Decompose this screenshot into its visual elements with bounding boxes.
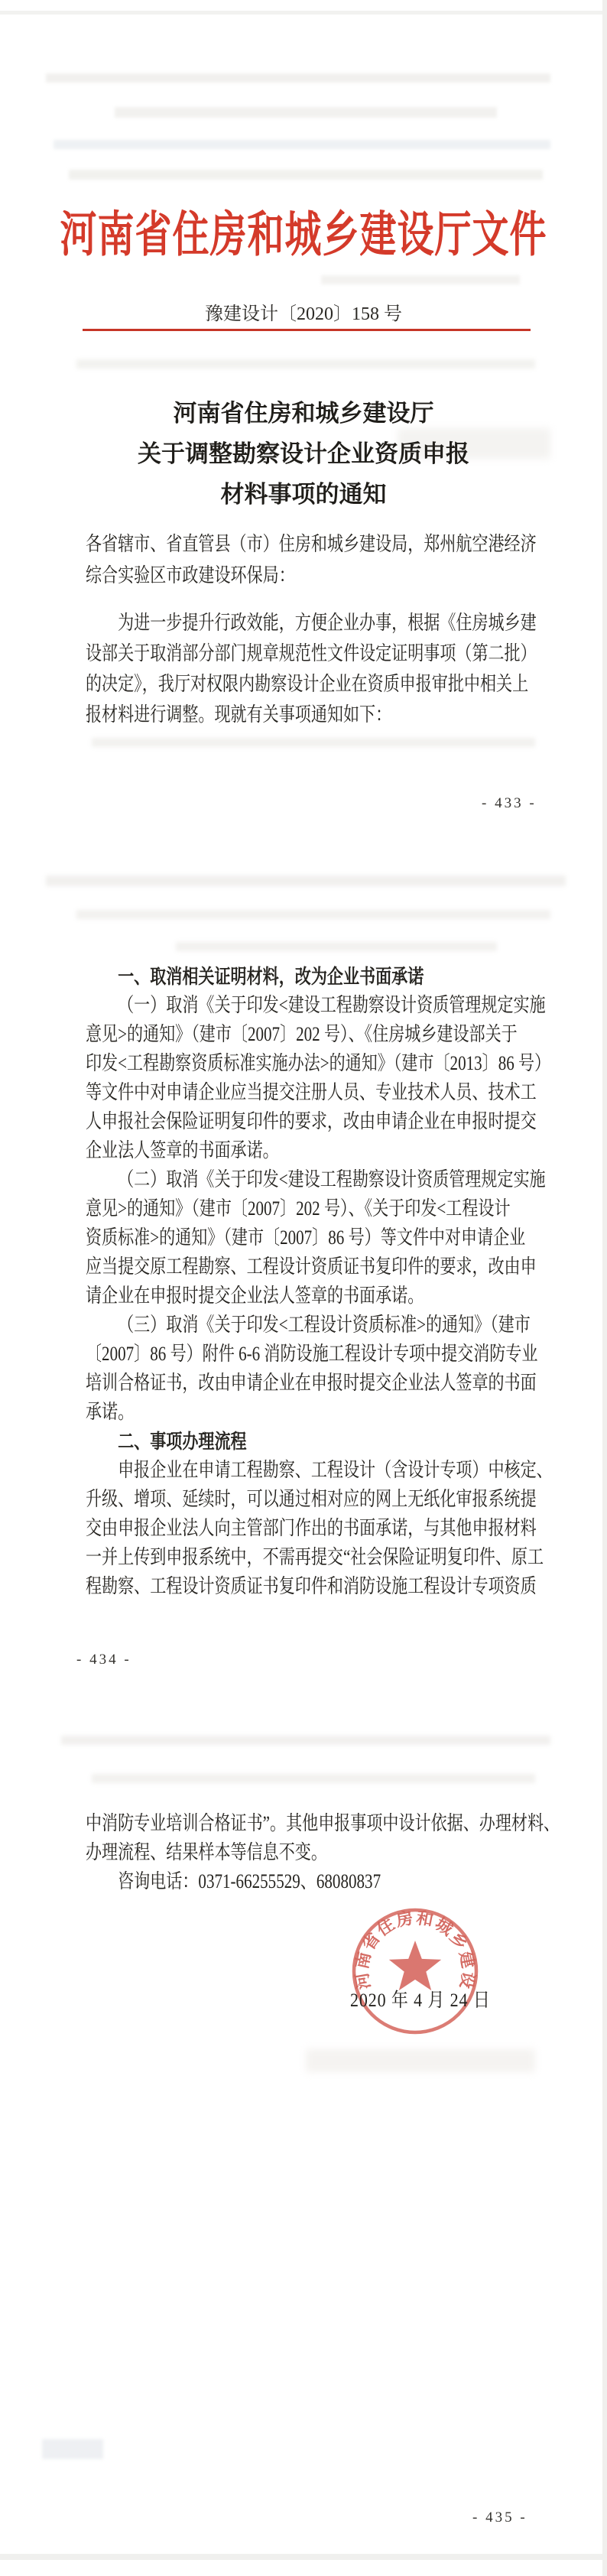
text-line: 承诺。 [86, 1398, 544, 1427]
contact-phone-line: 咨询电话：0371-66255529、68080837 [86, 1867, 544, 1896]
text-line: 应当提交原工程勘察、工程设计资质证书复印件的要求，改由申 [86, 1252, 544, 1282]
letterhead-divider-rule [83, 329, 531, 331]
recipients-paragraph: 各省辖市、省直管县（市）住房和城乡建设局，郑州航空港经济 综合实验区市政建设环保… [86, 528, 544, 591]
text-line: （二）取消《关于印发<建设工程勘察设计资质管理规定实施 [86, 1165, 544, 1194]
text-line: 一并上传到申报系统中，不需再提交“社会保险证明复印件、原工 [86, 1543, 544, 1572]
page3-body: 中消防专业培训合格证书”。其他申报事项中设计依据、办理材料、 办理流程、结果样本… [86, 1809, 544, 1896]
page-number-435: - 435 - [472, 2509, 527, 2526]
text-line: 综合实验区市政建设环保局： [86, 560, 544, 591]
text-line: 交由申报企业法人向主管部门作出的书面承诺，与其他申报材料 [86, 1514, 544, 1543]
bleedthrough-artifact [61, 1736, 550, 1745]
text-line: 印发<工程勘察资质标准实施办法>的通知》（建市〔2013〕86 号） [86, 1049, 544, 1078]
scan-streak [0, 11, 607, 15]
section-heading: 二、事项办理流程 [86, 1427, 544, 1456]
text-line: 资质标准>的通知》（建市〔2007〕86 号）等文件中对申请企业 [86, 1223, 544, 1252]
letterhead-agency-title: 河南省住房和城乡建设厅文件 [0, 196, 607, 265]
text-line: 申报企业在申请工程勘察、工程设计（含设计专项）中核定、 [86, 1456, 544, 1485]
page-number-433: - 433 - [482, 795, 537, 812]
document-number: 豫建设计〔2020〕158 号 [0, 298, 607, 325]
text-line: （三）取消《关于印发<工程设计资质标准>的通知》（建市 [86, 1311, 544, 1340]
text-line: （一）取消《关于印发<建设工程勘察设计资质管理规定实施 [86, 991, 544, 1020]
text-line: 各省辖市、省直管县（市）住房和城乡建设局，郑州航空港经济 [86, 528, 544, 560]
intro-paragraph: 为进一步提升行政效能，方便企业办事，根据《住房城乡建 设部关于取消部分部门规章规… [86, 608, 544, 730]
seal-star-icon [389, 1941, 441, 1990]
notice-title-line: 材料事项的通知 [0, 474, 607, 515]
text-line: 等文件中对申请企业应当提交注册人员、专业技术人员、技术工 [86, 1078, 544, 1107]
text-line: 报材料进行调整。现就有关事项通知如下： [86, 700, 544, 730]
scan-edge [602, 0, 607, 2576]
text-line: 人申报社会保险证明复印件的要求，改由申请企业在申报时提交 [86, 1107, 544, 1136]
notice-title-line: 河南省住房和城乡建设厅 [0, 393, 607, 434]
bleedthrough-artifact [46, 73, 550, 83]
text-line: 为进一步提升行政效能，方便企业办事，根据《住房城乡建 [86, 608, 544, 638]
bleedthrough-artifact [321, 275, 520, 284]
text-line: 企业法人签章的书面承诺。 [86, 1136, 544, 1165]
bleedthrough-artifact [69, 170, 543, 180]
bleedthrough-artifact [46, 875, 566, 886]
bleedthrough-artifact [54, 140, 550, 149]
scanned-document-page: { "colors": { "letterhead_red": "#d43a2a… [0, 0, 607, 2576]
text-line: 升级、增项、延续时，可以通过相对应的网上无纸化审报系统提 [86, 1485, 544, 1514]
text-line: 〔2007〕86 号）附件 6-6 消防设施工程设计专项中提交消防专业 [86, 1340, 544, 1369]
text-line: 的决定》，我厅对权限内勘察设计企业在资质申报审批中相关上 [86, 669, 544, 700]
text-line: 程勘察、工程设计资质证书复印件和消防设施工程设计专项资质 [86, 1572, 544, 1601]
bleedthrough-artifact [92, 1774, 535, 1783]
text-line: 培训合格证书，改由申请企业在申报时提交企业法人签章的书面 [86, 1369, 544, 1398]
bleedthrough-artifact [76, 910, 550, 919]
text-line: 意见>的通知》（建市〔2007〕202 号）、《住房城乡建设部关于 [86, 1020, 544, 1049]
bleedthrough-artifact [115, 107, 497, 118]
bleedthrough-artifact [306, 2049, 535, 2072]
page2-body: 一、取消相关证明材料，改为企业书面承诺 （一）取消《关于印发<建设工程勘察设计资… [86, 962, 544, 1601]
text-line: 中消防专业培训合格证书”。其他申报事项中设计依据、办理材料、 [86, 1809, 544, 1838]
section-heading: 一、取消相关证明材料，改为企业书面承诺 [86, 962, 544, 991]
text-line: 设部关于取消部分部门规章规范性文件设定证明事项（第二批） [86, 638, 544, 669]
scan-streak [0, 2554, 607, 2560]
text-line: 办理流程、结果样本等信息不变。 [86, 1838, 544, 1867]
bleedthrough-artifact [176, 942, 497, 951]
text-line: 请企业在申报时提交企业法人签章的书面承诺。 [86, 1282, 544, 1311]
bleedthrough-artifact [76, 359, 535, 369]
notice-title-line: 关于调整勘察设计企业资质申报 [0, 434, 607, 474]
text-line: 意见>的通知》（建市〔2007〕202 号）、《关于印发<工程设计 [86, 1194, 544, 1223]
page-number-434: - 434 - [76, 1652, 131, 1668]
notice-title: 河南省住房和城乡建设厅 关于调整勘察设计企业资质申报 材料事项的通知 [0, 393, 607, 515]
issue-date: 2020 年 4 月 24 日 [350, 1985, 491, 2012]
bleedthrough-artifact [42, 2439, 103, 2459]
bleedthrough-artifact [92, 738, 535, 747]
official-seal: 河南省住房和城乡建设厅 [348, 1904, 482, 2038]
